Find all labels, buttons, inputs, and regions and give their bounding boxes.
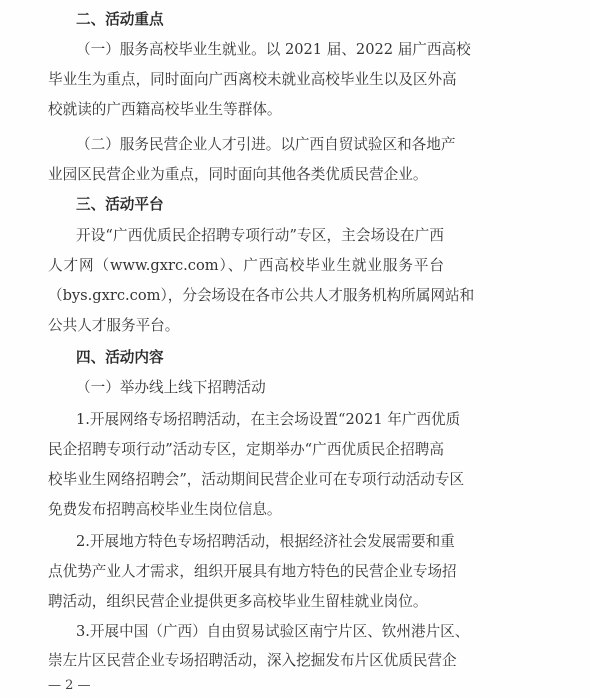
paragraph-line: （二）服务民营企业人才引进。以广西自贸试验区和各地产 [76, 135, 444, 155]
paragraph-line: 开设“广西优质民企招聘专项行动”专区，主会场设在广西 [76, 226, 444, 246]
subsection-heading: （一）举办线上线下招聘活动 [76, 378, 266, 398]
paragraph-line: 校毕业生网络招聘会”，活动期间民营企业可在专项行动活动专区 [48, 470, 444, 490]
section-heading-focus: 二、活动重点 [76, 10, 164, 30]
paragraph-line: 聘活动，组织民营企业提供更多高校毕业生留桂就业岗位。 [48, 592, 444, 612]
paragraph-line: 1.开展网络专场招聘活动，在主会场设置“2021 年广西优质 [76, 410, 444, 430]
document-page: 二、活动重点 （一）服务高校毕业生就业。以 2021 届、2022 届广西高校 … [0, 0, 590, 698]
page-number: — 2 — [48, 678, 91, 694]
paragraph-line: 校就读的广西籍高校毕业生等群体。 [48, 100, 444, 120]
paragraph-line: （bys.gxrc.com），分会场设在各市公共人才服务机构所属网站和 [48, 286, 444, 306]
paragraph-line: 业园区民营企业为重点，同时面向其他各类优质民营企业。 [48, 165, 444, 185]
paragraph-line: （一）服务高校毕业生就业。以 2021 届、2022 届广西高校 [76, 40, 444, 60]
paragraph-line: 3.开展中国（广西）自由贸易试验区南宁片区、钦州港片区、 [76, 622, 444, 642]
paragraph-line: 毕业生为重点，同时面向广西离校未就业高校毕业生以及区外高 [48, 70, 444, 90]
paragraph-line: 人才网（www.gxrc.com）、广西高校毕业生就业服务平台 [48, 256, 444, 276]
paragraph-line: 2.开展地方特色专场招聘活动，根据经济社会发展需要和重 [76, 532, 444, 552]
paragraph-line: 崇左片区民营企业专场招聘活动，深入挖掘发布片区优质民营企 [48, 651, 444, 671]
paragraph-line: 公共人才服务平台。 [48, 316, 444, 336]
paragraph-line: 免费发布招聘高校毕业生岗位信息。 [48, 500, 444, 520]
section-heading-content: 四、活动内容 [76, 348, 164, 368]
section-heading-platform: 三、活动平台 [76, 195, 164, 215]
paragraph-line: 点优势产业人才需求，组织开展具有地方特色的民营企业专场招 [48, 562, 444, 582]
paragraph-line: 民企招聘专项行动”活动专区，定期举办“广西优质民企招聘高 [48, 440, 444, 460]
